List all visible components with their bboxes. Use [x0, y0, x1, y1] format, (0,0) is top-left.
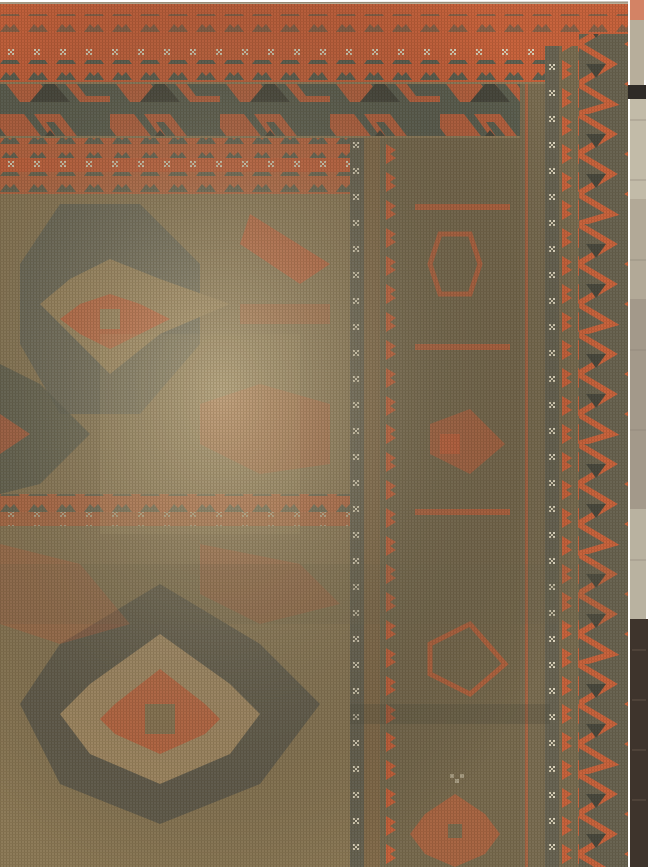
side-selvedge: [628, 0, 650, 867]
rug-body: [0, 4, 634, 867]
rug-photo: [0, 0, 650, 867]
weave-texture: [0, 4, 634, 867]
